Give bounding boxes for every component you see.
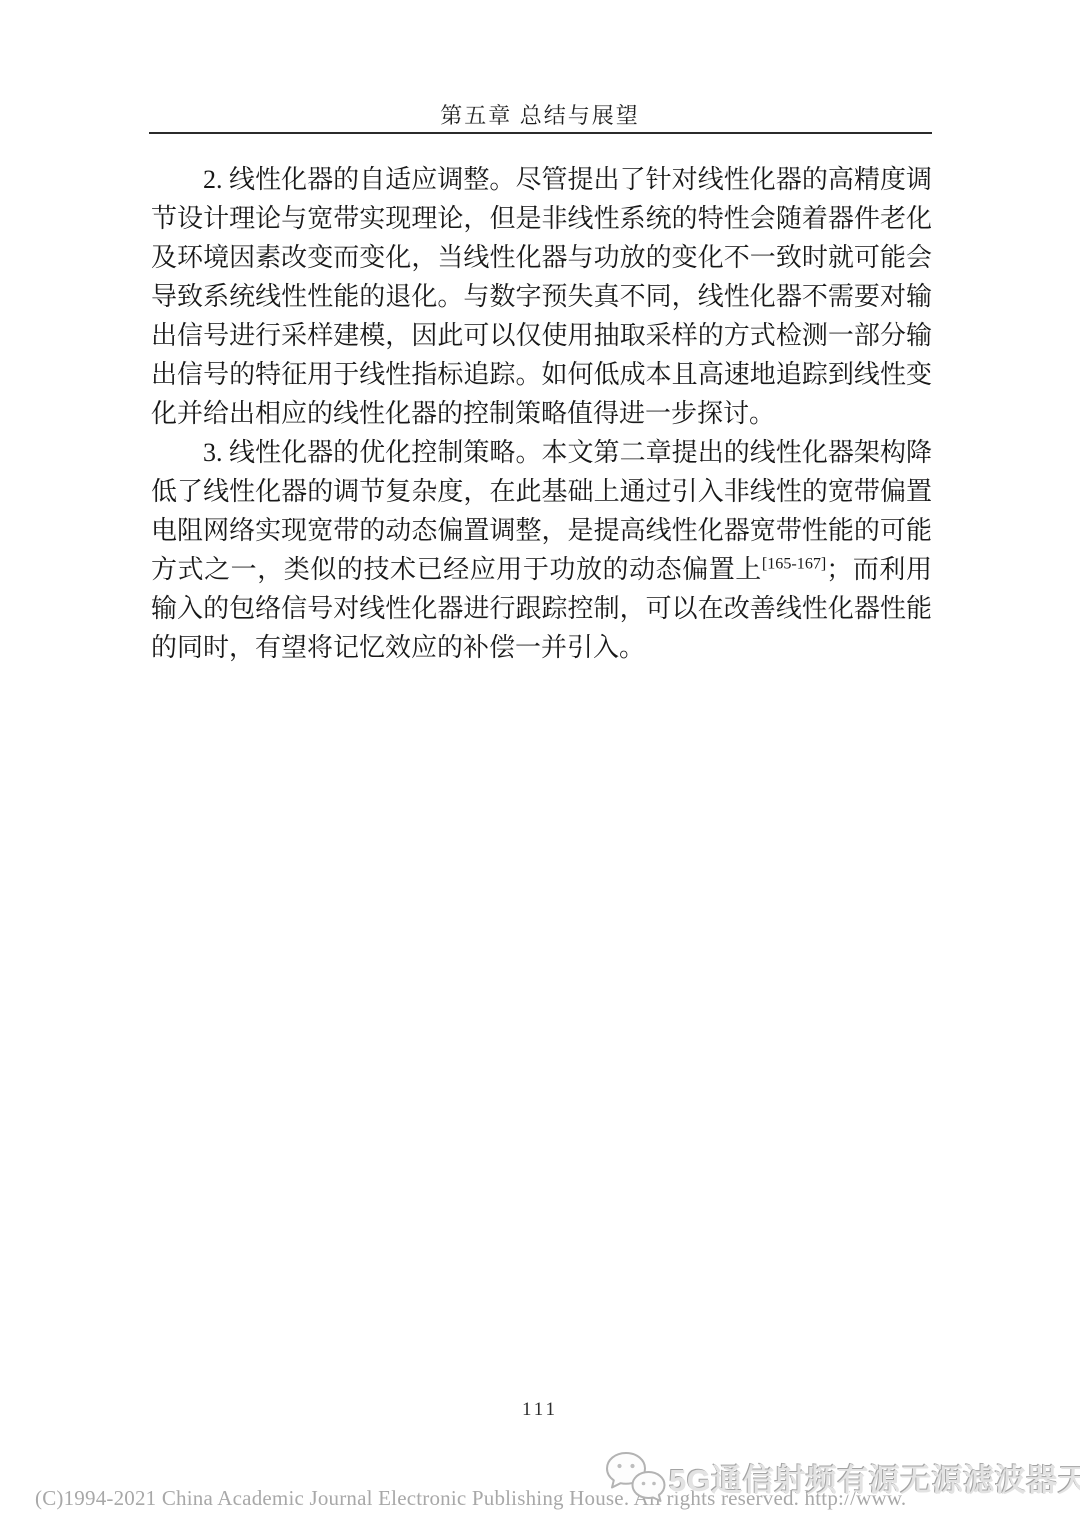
watermark: 5G通信射频有源无源滤波器天线 xyxy=(603,1450,1080,1504)
header-rule xyxy=(149,132,932,134)
wechat-icon xyxy=(603,1450,667,1504)
paragraph-optimal-control: 3. 线性化器的优化控制策略。本文第二章提出的线性化器架构降低了线性化器的调节复… xyxy=(151,433,932,667)
paragraph-adaptive-adjustment: 2. 线性化器的自适应调整。尽管提出了针对线性化器的高精度调节设计理论与宽带实现… xyxy=(151,160,932,433)
document-page: 第五章 总结与展望 2. 线性化器的自适应调整。尽管提出了针对线性化器的高精度调… xyxy=(0,0,1080,1527)
page-body: 2. 线性化器的自适应调整。尽管提出了针对线性化器的高精度调节设计理论与宽带实现… xyxy=(151,160,932,667)
page-number: 111 xyxy=(0,1399,1080,1421)
citation-superscript: [165-167] xyxy=(762,555,826,572)
chapter-header-title: 第五章 总结与展望 xyxy=(0,99,1080,130)
watermark-text: 5G通信射频有源无源滤波器天线 xyxy=(669,1455,1080,1500)
